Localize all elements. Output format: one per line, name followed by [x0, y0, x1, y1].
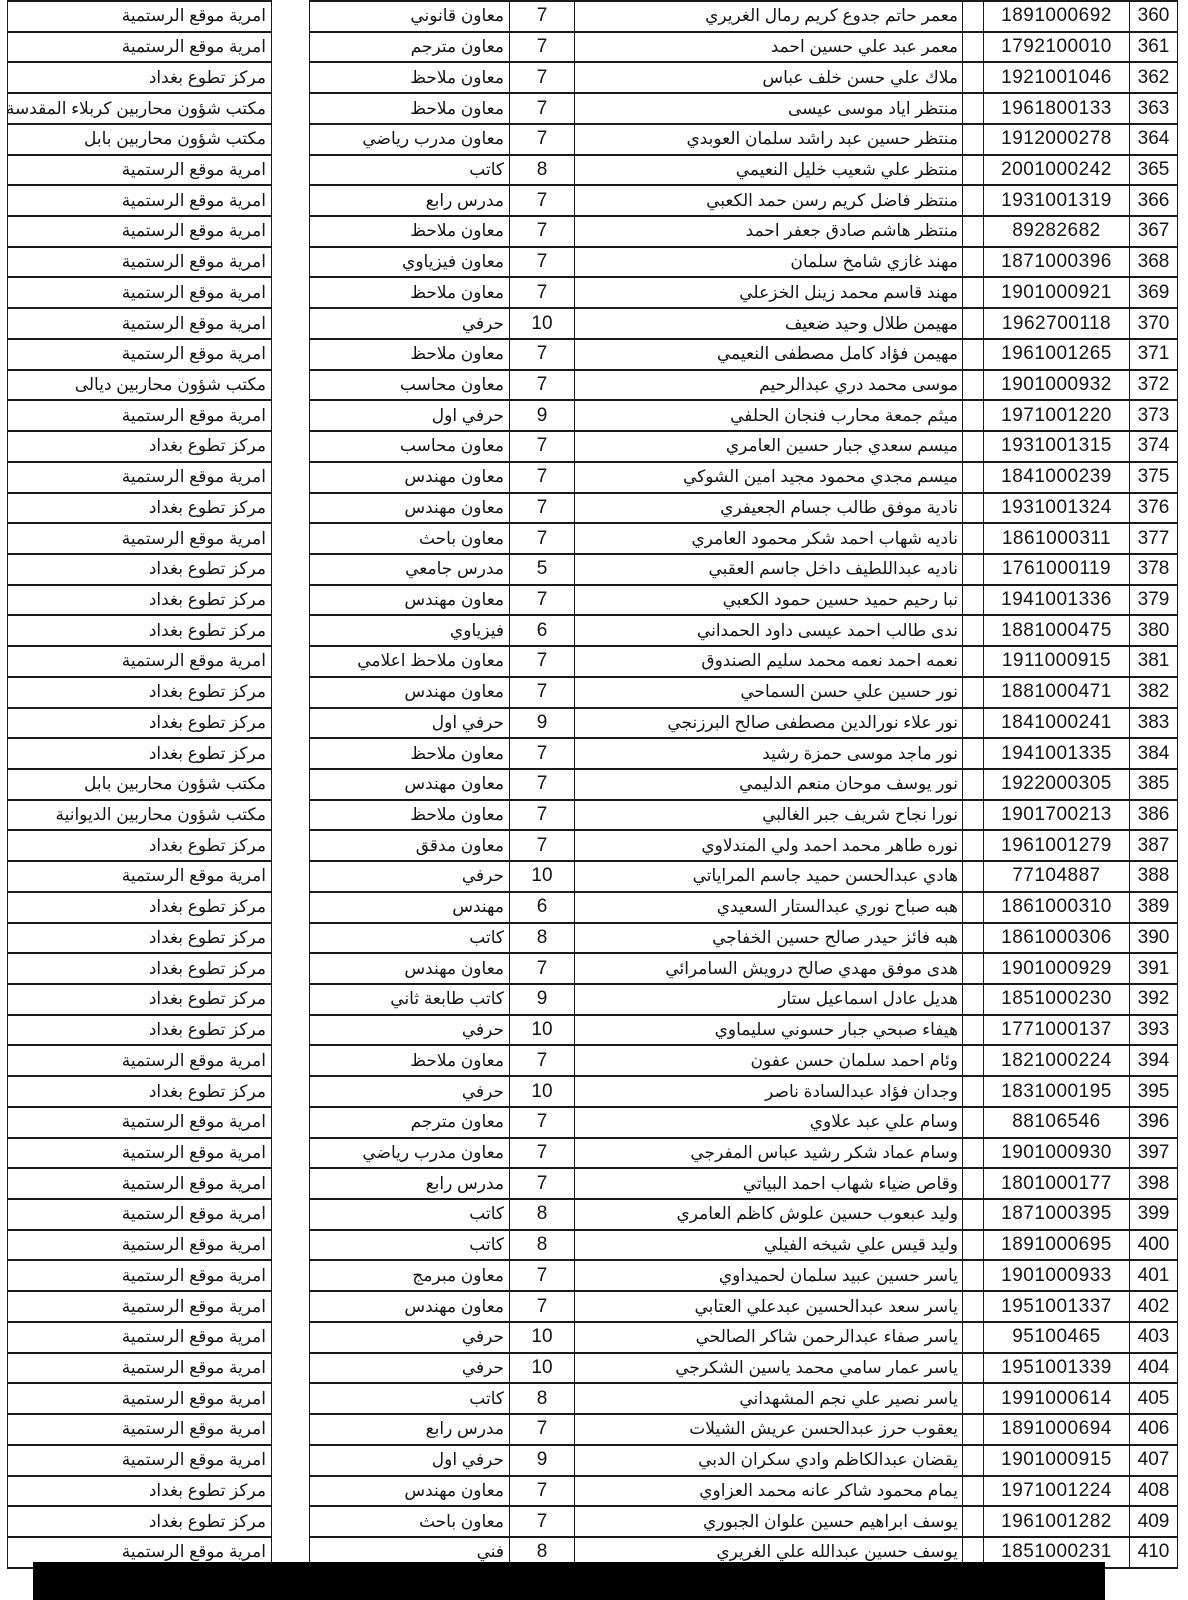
id-number-cell: 1951001339	[984, 1353, 1130, 1384]
name-cell: وجدان فؤاد عبدالسادة ناصر	[575, 1076, 963, 1107]
name-cell: هديل عادل اسماعيل ستار	[575, 984, 963, 1015]
office-cell: مركز تطوع بغداد	[8, 62, 272, 93]
office-cell: امرية موقع الرستمية	[8, 1383, 272, 1414]
empty-narrow-cell	[963, 708, 984, 739]
office-cell: امرية موقع الرستمية	[8, 308, 272, 339]
empty-narrow-cell	[963, 1107, 984, 1138]
column-gap	[272, 984, 310, 1015]
empty-narrow-cell	[963, 400, 984, 431]
row-number-cell: 380	[1130, 615, 1178, 646]
row-number-cell: 409	[1130, 1506, 1178, 1537]
name-cell: منتظر فاضل كريم رسن حمد الكعبي	[575, 185, 963, 216]
id-number-cell: 1841000241	[984, 708, 1130, 739]
id-number-cell: 1921001046	[984, 62, 1130, 93]
column-gap	[272, 1506, 310, 1537]
row-number-cell: 398	[1130, 1168, 1178, 1199]
empty-narrow-cell	[963, 738, 984, 769]
table-row: 366 1931001319 منتظر فاضل كريم رسن حمد ا…	[8, 185, 1178, 216]
id-number-cell: 1931001315	[984, 431, 1130, 462]
office-cell: امرية موقع الرستمية	[8, 277, 272, 308]
grade-cell: 7	[510, 1476, 575, 1507]
office-cell: مركز تطوع بغداد	[8, 953, 272, 984]
column-gap	[272, 1260, 310, 1291]
id-number-cell: 1901000929	[984, 953, 1130, 984]
office-cell: امرية موقع الرستمية	[8, 1045, 272, 1076]
id-number-cell: 1861000306	[984, 923, 1130, 954]
empty-narrow-cell	[963, 370, 984, 401]
table-row: 371 1961001265 مهيمن فؤاد كامل مصطفى الن…	[8, 339, 1178, 370]
office-cell: مكتب شؤون محاربين الديوانية	[8, 800, 272, 831]
table-row: 381 1911000915 نعمه احمد نعمه محمد سليم …	[8, 646, 1178, 677]
row-number-cell: 374	[1130, 431, 1178, 462]
name-cell: معمر حاتم جدوع كريم رمال الغريري	[575, 1, 963, 32]
row-number-cell: 384	[1130, 738, 1178, 769]
office-cell: مركز تطوع بغداد	[8, 585, 272, 616]
office-cell: امرية موقع الرستمية	[8, 1353, 272, 1384]
office-cell: امرية موقع الرستمية	[8, 1414, 272, 1445]
job-title-cell: مدرس رابع	[310, 1414, 510, 1445]
grade-cell: 7	[510, 1, 575, 32]
office-cell: امرية موقع الرستمية	[8, 1199, 272, 1230]
grade-cell: 6	[510, 615, 575, 646]
name-cell: ميسم مجدي محمود مجيد امين الشوكي	[575, 462, 963, 493]
empty-narrow-cell	[963, 677, 984, 708]
table-row: 365 2001000242 منتظر علي شعيب خليل النعي…	[8, 155, 1178, 186]
name-cell: ياسر صفاء عبدالرحمن شاكر الصالحي	[575, 1322, 963, 1353]
grade-cell: 6	[510, 892, 575, 923]
id-number-cell: 1891000692	[984, 1, 1130, 32]
row-number-cell: 392	[1130, 984, 1178, 1015]
name-cell: ناديه شهاب احمد شكر محمود العامري	[575, 523, 963, 554]
column-gap	[272, 646, 310, 677]
table-row: 375 1841000239 ميسم مجدي محمود مجيد امين…	[8, 462, 1178, 493]
job-title-cell: فيزياوي	[310, 615, 510, 646]
office-cell: مكتب شؤون محاربين بابل	[8, 124, 272, 155]
column-gap	[272, 1, 310, 32]
column-gap	[272, 1383, 310, 1414]
job-title-cell: معاون ملاحظ	[310, 62, 510, 93]
row-number-cell: 372	[1130, 370, 1178, 401]
row-number-cell: 376	[1130, 493, 1178, 524]
empty-narrow-cell	[963, 615, 984, 646]
job-title-cell: مهندس	[310, 892, 510, 923]
column-gap	[272, 769, 310, 800]
empty-narrow-cell	[963, 1506, 984, 1537]
id-number-cell: 1901700213	[984, 800, 1130, 831]
column-gap	[272, 185, 310, 216]
job-title-cell: معاون مترجم	[310, 1107, 510, 1138]
table-row: 380 1881000475 ندى طالب احمد عيسى داود ا…	[8, 615, 1178, 646]
grade-cell: 7	[510, 769, 575, 800]
id-number-cell: 1891000694	[984, 1414, 1130, 1445]
row-number-cell: 368	[1130, 247, 1178, 278]
job-title-cell: معاون محاسب	[310, 431, 510, 462]
job-title-cell: معاون فيزياوي	[310, 247, 510, 278]
row-number-cell: 408	[1130, 1476, 1178, 1507]
table-row: 409 1961001282 يوسف ابراهيم حسين علوان ا…	[8, 1506, 1178, 1537]
row-number-cell: 364	[1130, 124, 1178, 155]
office-cell: امرية موقع الرستمية	[8, 1260, 272, 1291]
column-gap	[272, 93, 310, 124]
row-number-cell: 402	[1130, 1291, 1178, 1322]
office-cell: امرية موقع الرستمية	[8, 247, 272, 278]
row-number-cell: 394	[1130, 1045, 1178, 1076]
row-number-cell: 388	[1130, 861, 1178, 892]
empty-narrow-cell	[963, 923, 984, 954]
name-cell: نور ماجد موسى حمزة رشيد	[575, 738, 963, 769]
job-title-cell: معاون باحث	[310, 523, 510, 554]
job-title-cell: معاون ملاحظ اعلامي	[310, 646, 510, 677]
name-cell: هبه فائز حيدر صالح حسين الخفاجي	[575, 923, 963, 954]
office-cell: امرية موقع الرستمية	[8, 1291, 272, 1322]
office-cell: مركز تطوع بغداد	[8, 677, 272, 708]
grade-cell: 10	[510, 1322, 575, 1353]
office-cell: امرية موقع الرستمية	[8, 1138, 272, 1169]
table-row: 390 1861000306 هبه فائز حيدر صالح حسين ا…	[8, 923, 1178, 954]
grade-cell: 10	[510, 1353, 575, 1384]
id-number-cell: 1901000915	[984, 1445, 1130, 1476]
column-gap	[272, 1230, 310, 1261]
name-cell: نور حسين علي حسن السماحي	[575, 677, 963, 708]
empty-narrow-cell	[963, 861, 984, 892]
column-gap	[272, 62, 310, 93]
grade-cell: 5	[510, 554, 575, 585]
empty-narrow-cell	[963, 124, 984, 155]
id-number-cell: 1901000932	[984, 370, 1130, 401]
job-title-cell: حرفي	[310, 308, 510, 339]
column-gap	[272, 1414, 310, 1445]
empty-narrow-cell	[963, 984, 984, 1015]
name-cell: ميسم سعدي جبار حسين العامري	[575, 431, 963, 462]
column-gap	[272, 585, 310, 616]
row-number-cell: 390	[1130, 923, 1178, 954]
table-row: 398 1801000177 وقاص ضياء شهاب احمد البيا…	[8, 1168, 1178, 1199]
grade-cell: 8	[510, 155, 575, 186]
column-gap	[272, 308, 310, 339]
office-cell: مكتب شؤون محاربين كربلاء المقدسة	[8, 93, 272, 124]
empty-narrow-cell	[963, 1, 984, 32]
id-number-cell: 1891000695	[984, 1230, 1130, 1261]
id-number-cell: 95100465	[984, 1322, 1130, 1353]
column-gap	[272, 1076, 310, 1107]
job-title-cell: حرفي اول	[310, 1445, 510, 1476]
name-cell: يقضان عبدالكاظم وادي سكران الدبي	[575, 1445, 963, 1476]
id-number-cell: 1911000915	[984, 646, 1130, 677]
column-gap	[272, 830, 310, 861]
grade-cell: 7	[510, 93, 575, 124]
column-gap	[272, 216, 310, 247]
column-gap	[272, 800, 310, 831]
column-gap	[272, 1353, 310, 1384]
empty-narrow-cell	[963, 1476, 984, 1507]
id-number-cell: 2001000242	[984, 155, 1130, 186]
row-number-cell: 395	[1130, 1076, 1178, 1107]
job-title-cell: معاون مهندس	[310, 493, 510, 524]
grade-cell: 7	[510, 953, 575, 984]
office-cell: امرية موقع الرستمية	[8, 861, 272, 892]
name-cell: يعقوب حرز عبدالحسن عريش الشيلات	[575, 1414, 963, 1445]
empty-narrow-cell	[963, 892, 984, 923]
name-cell: وليد قيس علي شيخه الفيلي	[575, 1230, 963, 1261]
empty-narrow-cell	[963, 1138, 984, 1169]
office-cell: مركز تطوع بغداد	[8, 892, 272, 923]
row-number-cell: 377	[1130, 523, 1178, 554]
row-number-cell: 403	[1130, 1322, 1178, 1353]
empty-narrow-cell	[963, 462, 984, 493]
id-number-cell: 89282682	[984, 216, 1130, 247]
grade-cell: 7	[510, 124, 575, 155]
row-number-cell: 401	[1130, 1260, 1178, 1291]
office-cell: امرية موقع الرستمية	[8, 523, 272, 554]
office-cell: مركز تطوع بغداد	[8, 1015, 272, 1046]
row-number-cell: 381	[1130, 646, 1178, 677]
row-number-cell: 362	[1130, 62, 1178, 93]
job-title-cell: كاتب	[310, 1383, 510, 1414]
column-gap	[272, 1199, 310, 1230]
job-title-cell: معاون ملاحظ	[310, 216, 510, 247]
empty-narrow-cell	[963, 62, 984, 93]
id-number-cell: 77104887	[984, 861, 1130, 892]
grade-cell: 9	[510, 708, 575, 739]
table-row: 401 1901000933 ياسر حسين عبيد سلمان لحمي…	[8, 1260, 1178, 1291]
empty-narrow-cell	[963, 247, 984, 278]
job-title-cell: مدرس رابع	[310, 1168, 510, 1199]
job-title-cell: معاون ملاحظ	[310, 800, 510, 831]
name-cell: ياسر نصير علي نجم المشهداني	[575, 1383, 963, 1414]
column-gap	[272, 277, 310, 308]
name-cell: هدى موفق مهدي صالح درويش السامرائي	[575, 953, 963, 984]
name-cell: نور يوسف موحان منعم الدليمي	[575, 769, 963, 800]
id-number-cell: 1961001265	[984, 339, 1130, 370]
empty-narrow-cell	[963, 431, 984, 462]
name-cell: نوره طاهر محمد احمد ولي المندلاوي	[575, 830, 963, 861]
id-number-cell: 1901000921	[984, 277, 1130, 308]
grade-cell: 9	[510, 1445, 575, 1476]
grade-cell: 7	[510, 1138, 575, 1169]
name-cell: نادية موفق طالب جسام الجعيفري	[575, 493, 963, 524]
office-cell: امرية موقع الرستمية	[8, 32, 272, 63]
table-row: 369 1901000921 مهند قاسم محمد زينل الخزع…	[8, 277, 1178, 308]
table-body: 360 1891000692 معمر حاتم جدوع كريم رمال …	[8, 1, 1178, 1568]
id-number-cell: 1991000614	[984, 1383, 1130, 1414]
id-number-cell: 1831000195	[984, 1076, 1130, 1107]
office-cell: امرية موقع الرستمية	[8, 155, 272, 186]
row-number-cell: 369	[1130, 277, 1178, 308]
row-number-cell: 361	[1130, 32, 1178, 63]
table-row: 360 1891000692 معمر حاتم جدوع كريم رمال …	[8, 1, 1178, 32]
id-number-cell: 1881000475	[984, 615, 1130, 646]
row-number-cell: 367	[1130, 216, 1178, 247]
office-cell: مركز تطوع بغداد	[8, 708, 272, 739]
office-cell: مركز تطوع بغداد	[8, 1476, 272, 1507]
job-title-cell: معاون مهندس	[310, 1476, 510, 1507]
office-cell: امرية موقع الرستمية	[8, 1230, 272, 1261]
name-cell: يوسف ابراهيم حسين علوان الجبوري	[575, 1506, 963, 1537]
column-gap	[272, 677, 310, 708]
empty-narrow-cell	[963, 185, 984, 216]
table-row: 404 1951001339 ياسر عمار سامي محمد ياسين…	[8, 1353, 1178, 1384]
empty-narrow-cell	[963, 1168, 984, 1199]
id-number-cell: 1941001335	[984, 738, 1130, 769]
grade-cell: 7	[510, 370, 575, 401]
column-gap	[272, 708, 310, 739]
table-row: 374 1931001315 ميسم سعدي جبار حسين العام…	[8, 431, 1178, 462]
office-cell: امرية موقع الرستمية	[8, 1322, 272, 1353]
name-cell: هبه صباح نوري عبدالستار السعيدي	[575, 892, 963, 923]
empty-narrow-cell	[963, 1260, 984, 1291]
name-cell: مهيمن فؤاد كامل مصطفى النعيمي	[575, 339, 963, 370]
grade-cell: 7	[510, 493, 575, 524]
id-number-cell: 1881000471	[984, 677, 1130, 708]
table-row: 385 1922000305 نور يوسف موحان منعم الدلي…	[8, 769, 1178, 800]
table-row: 403 95100465 ياسر صفاء عبدالرحمن شاكر ال…	[8, 1322, 1178, 1353]
empty-narrow-cell	[963, 1414, 984, 1445]
personnel-roster-table: 360 1891000692 معمر حاتم جدوع كريم رمال …	[7, 0, 1178, 1569]
grade-cell: 7	[510, 462, 575, 493]
grade-cell: 7	[510, 646, 575, 677]
name-cell: ميثم جمعة محارب فنجان الحلفي	[575, 400, 963, 431]
office-cell: امرية موقع الرستمية	[8, 216, 272, 247]
name-cell: نعمه احمد نعمه محمد سليم الصندوق	[575, 646, 963, 677]
table-row: 405 1991000614 ياسر نصير علي نجم المشهدا…	[8, 1383, 1178, 1414]
grade-cell: 10	[510, 1076, 575, 1107]
id-number-cell: 1761000119	[984, 554, 1130, 585]
job-title-cell: معاون مهندس	[310, 1291, 510, 1322]
table-row: 367 89282682 منتظر هاشم صادق جعفر احمد 7…	[8, 216, 1178, 247]
name-cell: ياسر سعد عبدالحسين عبدعلي العتابي	[575, 1291, 963, 1322]
table-row: 387 1961001279 نوره طاهر محمد احمد ولي ا…	[8, 830, 1178, 861]
id-number-cell: 1922000305	[984, 769, 1130, 800]
column-gap	[272, 523, 310, 554]
name-cell: منتظر حسين عبد راشد سلمان العوبدي	[575, 124, 963, 155]
job-title-cell: حرفي	[310, 1076, 510, 1107]
table-row: 378 1761000119 ناديه عبداللطيف داخل جاسم…	[8, 554, 1178, 585]
id-number-cell: 1901000933	[984, 1260, 1130, 1291]
id-number-cell: 1801000177	[984, 1168, 1130, 1199]
grade-cell: 7	[510, 185, 575, 216]
job-title-cell: حرفي	[310, 1015, 510, 1046]
id-number-cell: 1931001319	[984, 185, 1130, 216]
job-title-cell: معاون ملاحظ	[310, 277, 510, 308]
column-gap	[272, 462, 310, 493]
job-title-cell: معاون ملاحظ	[310, 339, 510, 370]
office-cell: مركز تطوع بغداد	[8, 615, 272, 646]
grade-cell: 8	[510, 923, 575, 954]
grade-cell: 7	[510, 1107, 575, 1138]
empty-narrow-cell	[963, 1353, 984, 1384]
office-cell: مركز تطوع بغداد	[8, 923, 272, 954]
name-cell: ياسر حسين عبيد سلمان لحميداوي	[575, 1260, 963, 1291]
id-number-cell: 1861000310	[984, 892, 1130, 923]
row-number-cell: 405	[1130, 1383, 1178, 1414]
column-gap	[272, 1015, 310, 1046]
empty-narrow-cell	[963, 585, 984, 616]
name-cell: نورا نجاح شريف جبر الغالبي	[575, 800, 963, 831]
job-title-cell: معاون مبرمج	[310, 1260, 510, 1291]
grade-cell: 9	[510, 400, 575, 431]
id-number-cell: 1792100010	[984, 32, 1130, 63]
job-title-cell: معاون مهندس	[310, 953, 510, 984]
job-title-cell: معاون باحث	[310, 1506, 510, 1537]
row-number-cell: 363	[1130, 93, 1178, 124]
empty-narrow-cell	[963, 646, 984, 677]
name-cell: مهند قاسم محمد زينل الخزعلي	[575, 277, 963, 308]
name-cell: ياسر عمار سامي محمد ياسين الشكرجي	[575, 1353, 963, 1384]
row-number-cell: 360	[1130, 1, 1178, 32]
row-number-cell: 400	[1130, 1230, 1178, 1261]
name-cell: ملاك علي حسن خلف عباس	[575, 62, 963, 93]
empty-narrow-cell	[963, 953, 984, 984]
table-row: 361 1792100010 معمر عبد علي حسين احمد 7 …	[8, 32, 1178, 63]
column-gap	[272, 1107, 310, 1138]
id-number-cell: 1971001220	[984, 400, 1130, 431]
id-number-cell: 1961800133	[984, 93, 1130, 124]
grade-cell: 8	[510, 1199, 575, 1230]
name-cell: هادي عبدالحسن حميد جاسم المراياتي	[575, 861, 963, 892]
job-title-cell: معاون مدرب رياضي	[310, 1138, 510, 1169]
job-title-cell: معاون مدرب رياضي	[310, 124, 510, 155]
row-number-cell: 379	[1130, 585, 1178, 616]
table-row: 363 1961800133 منتظر اياد موسى عيسى 7 مع…	[8, 93, 1178, 124]
id-number-cell: 1841000239	[984, 462, 1130, 493]
empty-narrow-cell	[963, 1045, 984, 1076]
id-number-cell: 1912000278	[984, 124, 1130, 155]
grade-cell: 7	[510, 1414, 575, 1445]
office-cell: امرية موقع الرستمية	[8, 462, 272, 493]
id-number-cell: 1962700118	[984, 308, 1130, 339]
row-number-cell: 378	[1130, 554, 1178, 585]
table-row: 397 1901000930 وسام عماد شكر رشيد عباس ا…	[8, 1138, 1178, 1169]
column-gap	[272, 370, 310, 401]
column-gap	[272, 615, 310, 646]
id-number-cell: 1871000396	[984, 247, 1130, 278]
office-cell: امرية موقع الرستمية	[8, 1, 272, 32]
bottom-black-bar	[33, 1562, 1105, 1600]
document-page: 360 1891000692 معمر حاتم جدوع كريم رمال …	[0, 0, 1188, 1600]
table-row: 391 1901000929 هدى موفق مهدي صالح درويش …	[8, 953, 1178, 984]
grade-cell: 7	[510, 1260, 575, 1291]
table-row: 388 77104887 هادي عبدالحسن حميد جاسم الم…	[8, 861, 1178, 892]
office-cell: امرية موقع الرستمية	[8, 1107, 272, 1138]
row-number-cell: 393	[1130, 1015, 1178, 1046]
column-gap	[272, 554, 310, 585]
name-cell: مهند غازي شامخ سلمان	[575, 247, 963, 278]
job-title-cell: معاون ملاحظ	[310, 738, 510, 769]
job-title-cell: كاتب	[310, 1199, 510, 1230]
grade-cell: 7	[510, 339, 575, 370]
grade-cell: 7	[510, 800, 575, 831]
grade-cell: 7	[510, 247, 575, 278]
empty-narrow-cell	[963, 93, 984, 124]
row-number-cell: 407	[1130, 1445, 1178, 1476]
grade-cell: 7	[510, 523, 575, 554]
row-number-cell: 383	[1130, 708, 1178, 739]
office-cell: مركز تطوع بغداد	[8, 1506, 272, 1537]
column-gap	[272, 1476, 310, 1507]
grade-cell: 8	[510, 1230, 575, 1261]
name-cell: نبا رحيم حميد حسين حمود الكعبي	[575, 585, 963, 616]
id-number-cell: 1931001324	[984, 493, 1130, 524]
table-row: 394 1821000224 وئام احمد سلمان حسن عفون …	[8, 1045, 1178, 1076]
empty-narrow-cell	[963, 769, 984, 800]
name-cell: ناديه عبداللطيف داخل جاسم العقبي	[575, 554, 963, 585]
id-number-cell: 1951001337	[984, 1291, 1130, 1322]
row-number-cell: 385	[1130, 769, 1178, 800]
name-cell: منتظر هاشم صادق جعفر احمد	[575, 216, 963, 247]
job-title-cell: معاون مهندس	[310, 677, 510, 708]
name-cell: مهيمن طلال وحيد ضعيف	[575, 308, 963, 339]
table-row: 362 1921001046 ملاك علي حسن خلف عباس 7 م…	[8, 62, 1178, 93]
